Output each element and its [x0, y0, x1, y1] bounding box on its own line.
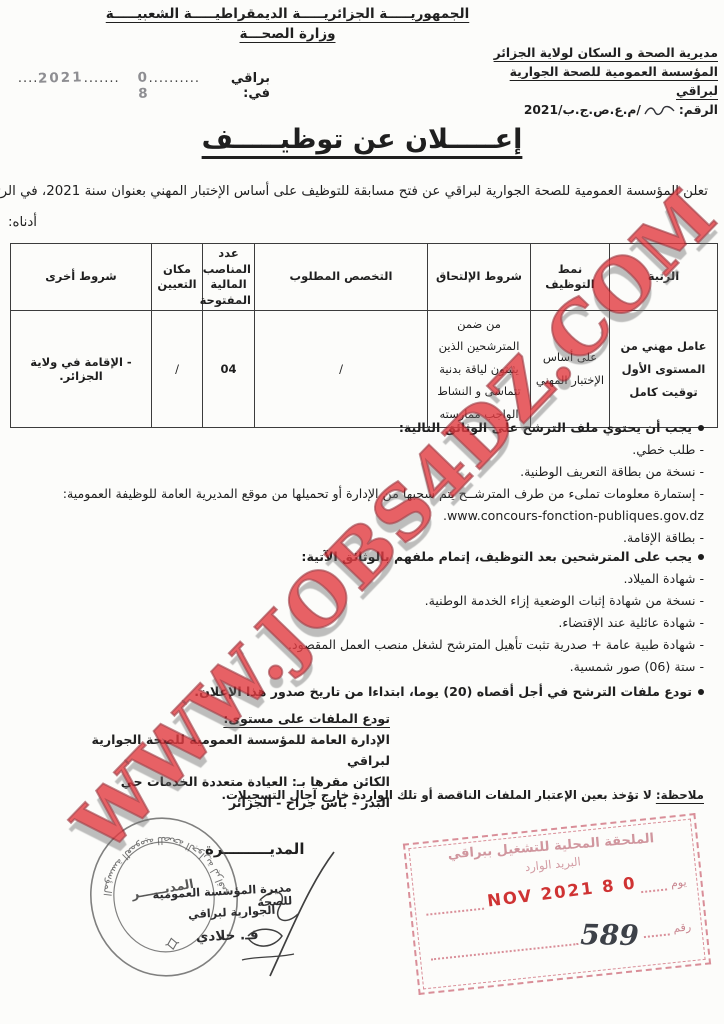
deadline-section: تودع ملفات الترشح في أجل أقصاه (20) يوما… — [12, 681, 704, 703]
bullet-icon — [698, 425, 704, 431]
list-item: - شهادة الميلاد. — [12, 568, 704, 590]
section-title-row: يجب أن يحتوي ملف الترشح على الوثائق التا… — [12, 417, 704, 439]
cell-assignment-place: / — [152, 311, 203, 428]
col-assignment-place: مكان التعيين — [152, 244, 203, 311]
post-recruitment-file-section: يجب على المترشحين بعد التوظيف، إتمام ملف… — [12, 546, 704, 678]
dotted-leader — [643, 923, 670, 938]
cell-other-conditions: - الإقامة في ولاية الجزائر. — [11, 311, 152, 428]
col-eligibility: شروط الإلتحاق — [428, 244, 531, 311]
table-header-row: الرتبة نمط التوظيف شروط الإلتحاق التخصص … — [11, 244, 718, 311]
stamp-ornament-icon — [164, 937, 180, 950]
bullet-icon — [698, 554, 704, 560]
table-row: عامل مهني من المستوى الأول توقيت كامل عل… — [11, 311, 718, 428]
ministry-header: وزارة الصحـــة — [55, 26, 520, 42]
col-specialty: التخصص المطلوب — [255, 244, 428, 311]
list-item: - طلب خطي. — [12, 439, 704, 461]
list-item: - شهادة طبية عامة + صدرية تثبت تأهيل الم… — [12, 634, 704, 656]
cell-recruitment-mode: على أساس الإختبار المهني — [531, 311, 610, 428]
bullet-icon — [698, 689, 704, 695]
cell-eligibility: من ضمن المترشحين الذين يثبتون لياقة بدني… — [428, 311, 531, 428]
dotted-leader: ....... — [84, 71, 120, 86]
date-line: براقي في: .......... 0 8 ....... 2021 ..… — [18, 70, 270, 102]
dotted-leader — [641, 878, 668, 893]
dotted-leader: .... — [18, 71, 38, 86]
col-other-conditions: شروط أخرى — [11, 244, 152, 311]
scanned-job-announcement-document: الجمهوريـــــة الجزائريـــــة الديمقراطي… — [0, 0, 724, 1024]
list-item: - ستة (06) صور شمسية. — [12, 656, 704, 678]
dotted-leader — [425, 898, 484, 916]
section-title-row: يجب على المترشحين بعد التوظيف، إتمام ملف… — [12, 546, 704, 568]
application-file-title: يجب أن يحتوي ملف الترشح على الوثائق التا… — [399, 417, 692, 439]
list-item: - نسخة من بطاقة التعريف الوطنية. — [12, 461, 704, 483]
stamped-year: 2021 — [38, 69, 84, 87]
list-item: - إستمارة معلومات تملىء من طرف المترشــح… — [12, 483, 704, 505]
dotted-leader — [430, 933, 578, 960]
section-title-row: تودع ملفات الترشح في أجل أقصاه (20) يوما… — [12, 681, 704, 703]
handwritten-number: 589 — [580, 918, 639, 952]
stamped-day: 0 8 — [119, 69, 149, 102]
institution-line: المؤسسة العمومية للصحة الجوارية لبراقي — [486, 63, 718, 101]
cell-rank: عامل مهني من المستوى الأول توقيت كامل — [610, 311, 718, 428]
col-recruitment-mode: نمط التوظيف — [531, 244, 610, 311]
intro-line-2: أدناه: — [8, 215, 37, 230]
note-label: ملاحظة: — [656, 788, 704, 802]
reference-suffix: /م.ع.ص.ج.ب/2021 — [524, 101, 641, 120]
reference-number-line: الرقم: /م.ع.ص.ج.ب/2021 — [486, 101, 718, 120]
handwritten-ref-number — [643, 103, 677, 118]
date-stamp: 0 8 NOV 2021 — [486, 873, 638, 910]
issuer-block: مديرية الصحة و السكان لولاية الجزائر الم… — [486, 44, 718, 120]
dotted-leader: .......... — [149, 71, 200, 86]
list-item: - نسخة من شهادة إثبات الوضعية إزاء الخدم… — [12, 590, 704, 612]
cell-specialty: / — [255, 311, 428, 428]
note-line: ملاحظة: لا تؤخذ بعين الإعتبار الملفات ال… — [222, 788, 704, 802]
vacancy-table: الرتبة نمط التوظيف شروط الإلتحاق التخصص … — [10, 243, 718, 428]
directorate-line: مديرية الصحة و السكان لولاية الجزائر — [486, 44, 718, 63]
signature-scribble — [222, 848, 352, 988]
post-recruitment-title: يجب على المترشحين بعد التوظيف، إتمام ملف… — [301, 546, 692, 568]
stamp-inner-frame: الملحقة المحلية للتشغيل ببراقي البريد ال… — [408, 819, 705, 990]
reference-label: الرقم: — [679, 101, 718, 120]
page-title: إعـــــلان عن توظيـــــف — [0, 124, 724, 155]
note-text: لا تؤخذ بعين الإعتبار الملفات الناقصة أو… — [222, 788, 656, 802]
number-label: رقم — [673, 920, 692, 935]
deposit-line-1: الإدارة العامة للمؤسسة العمومية للصحة ال… — [90, 729, 390, 771]
public-service-website: www.concours-fonction-publiques.gov.dz. — [12, 505, 704, 527]
deposit-title: تودع الملفات على مستوى: — [90, 708, 390, 729]
day-label: يوم — [670, 875, 687, 890]
cell-open-positions: 04 — [203, 311, 255, 428]
incoming-mail-stamp: الملحقة المحلية للتشغيل ببراقي البريد ال… — [403, 813, 711, 995]
application-file-section: يجب أن يحتوي ملف الترشح على الوثائق التا… — [12, 417, 704, 549]
date-label: براقي في: — [200, 71, 270, 101]
deadline-text: تودع ملفات الترشح في أجل أقصاه (20) يوما… — [194, 681, 692, 703]
col-open-positions: عدد المناصب المالية المفتوحة — [203, 244, 255, 311]
republic-header: الجمهوريـــــة الجزائريـــــة الديمقراطي… — [55, 6, 520, 22]
col-rank: الرتبة — [610, 244, 718, 311]
intro-line-1: تعلن المؤسسة العمومية للصحة الجوارية لبر… — [0, 184, 708, 199]
list-item: - شهادة عائلية عند الإقتضاء. — [12, 612, 704, 634]
